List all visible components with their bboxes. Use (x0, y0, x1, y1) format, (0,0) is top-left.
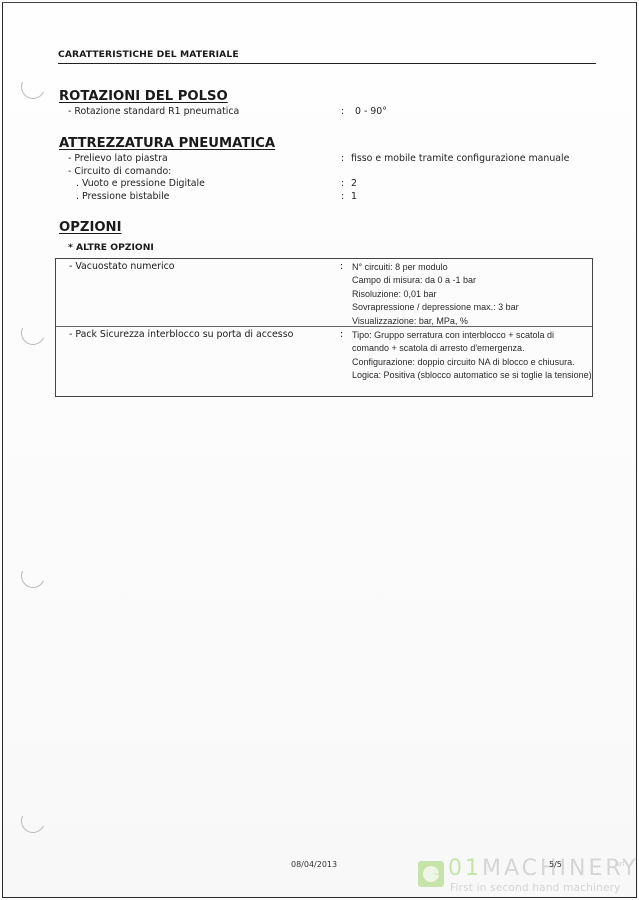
spec-value: 1 (351, 191, 357, 202)
spec-label: - Circuito di comando: (68, 166, 171, 177)
footer-date: 08/04/2013 (291, 860, 337, 869)
option-row: - Pack Sicurezza interblocco su porta di… (56, 327, 592, 397)
option-row: - Vacuostato numerico : N° circuiti: 8 p… (56, 259, 592, 327)
spec-value: 2 (351, 178, 357, 189)
binding-hole (18, 561, 49, 592)
separator: : (340, 261, 343, 272)
spec-label: . Pressione bistabile (76, 191, 169, 202)
document-header: CARATTERISTICHE DEL MATERIALE (58, 49, 596, 64)
binding-hole (18, 806, 49, 837)
option-detail-line: Tipo: Gruppo serratura con interblocco +… (352, 329, 592, 356)
separator: : (341, 106, 344, 117)
option-detail-line: Logica: Positiva (sblocco automatico se … (352, 369, 592, 382)
option-detail-line: Risoluzione: 0,01 bar (352, 288, 592, 301)
watermark: 01MACHINERY srl First in second hand mac… (418, 858, 630, 896)
brand-number: 01 (448, 856, 482, 881)
brand-tagline: First in second hand machinery (450, 882, 621, 894)
brand-logo-icon (418, 861, 444, 887)
separator: : (341, 153, 344, 164)
spec-label: - Rotazione standard R1 pneumatica (68, 106, 239, 117)
option-label: - Pack Sicurezza interblocco su porta di… (69, 329, 293, 340)
subheading-altre-opzioni: * ALTRE OPZIONI (68, 242, 154, 253)
page-number: 5/5 (549, 860, 562, 869)
section-title-rotazioni: ROTAZIONI DEL POLSO (59, 89, 228, 104)
section-title-opzioni: OPZIONI (59, 220, 122, 235)
section-title-attrezzatura: ATTREZZATURA PNEUMATICA (59, 136, 275, 151)
option-details: N° circuiti: 8 per modulo Campo di misur… (352, 261, 592, 328)
separator: : (341, 191, 344, 202)
spec-value: 0 - 90° (355, 106, 387, 117)
option-details: Tipo: Gruppo serratura con interblocco +… (352, 329, 592, 383)
spec-value: fisso e mobile tramite configurazione ma… (351, 153, 569, 164)
binding-hole (18, 318, 49, 349)
options-table: - Vacuostato numerico : N° circuiti: 8 p… (55, 258, 593, 397)
option-label: - Vacuostato numerico (69, 261, 174, 272)
binding-hole (18, 72, 49, 103)
option-detail-line: Campo di misura: da 0 a -1 bar (352, 274, 592, 287)
spec-label: - Prelievo lato piastra (68, 153, 168, 164)
brand-name: 01MACHINERY (448, 856, 639, 881)
brand-suffix: srl (616, 860, 624, 868)
spec-label: . Vuoto e pressione Digitale (76, 178, 205, 189)
option-detail-line: Sovrapressione / depressione max.: 3 bar (352, 301, 592, 314)
separator: : (341, 178, 344, 189)
separator: : (340, 329, 343, 340)
option-detail-line: Configurazione: doppio circuito NA di bl… (352, 356, 592, 369)
option-detail-line: N° circuiti: 8 per modulo (352, 261, 592, 274)
